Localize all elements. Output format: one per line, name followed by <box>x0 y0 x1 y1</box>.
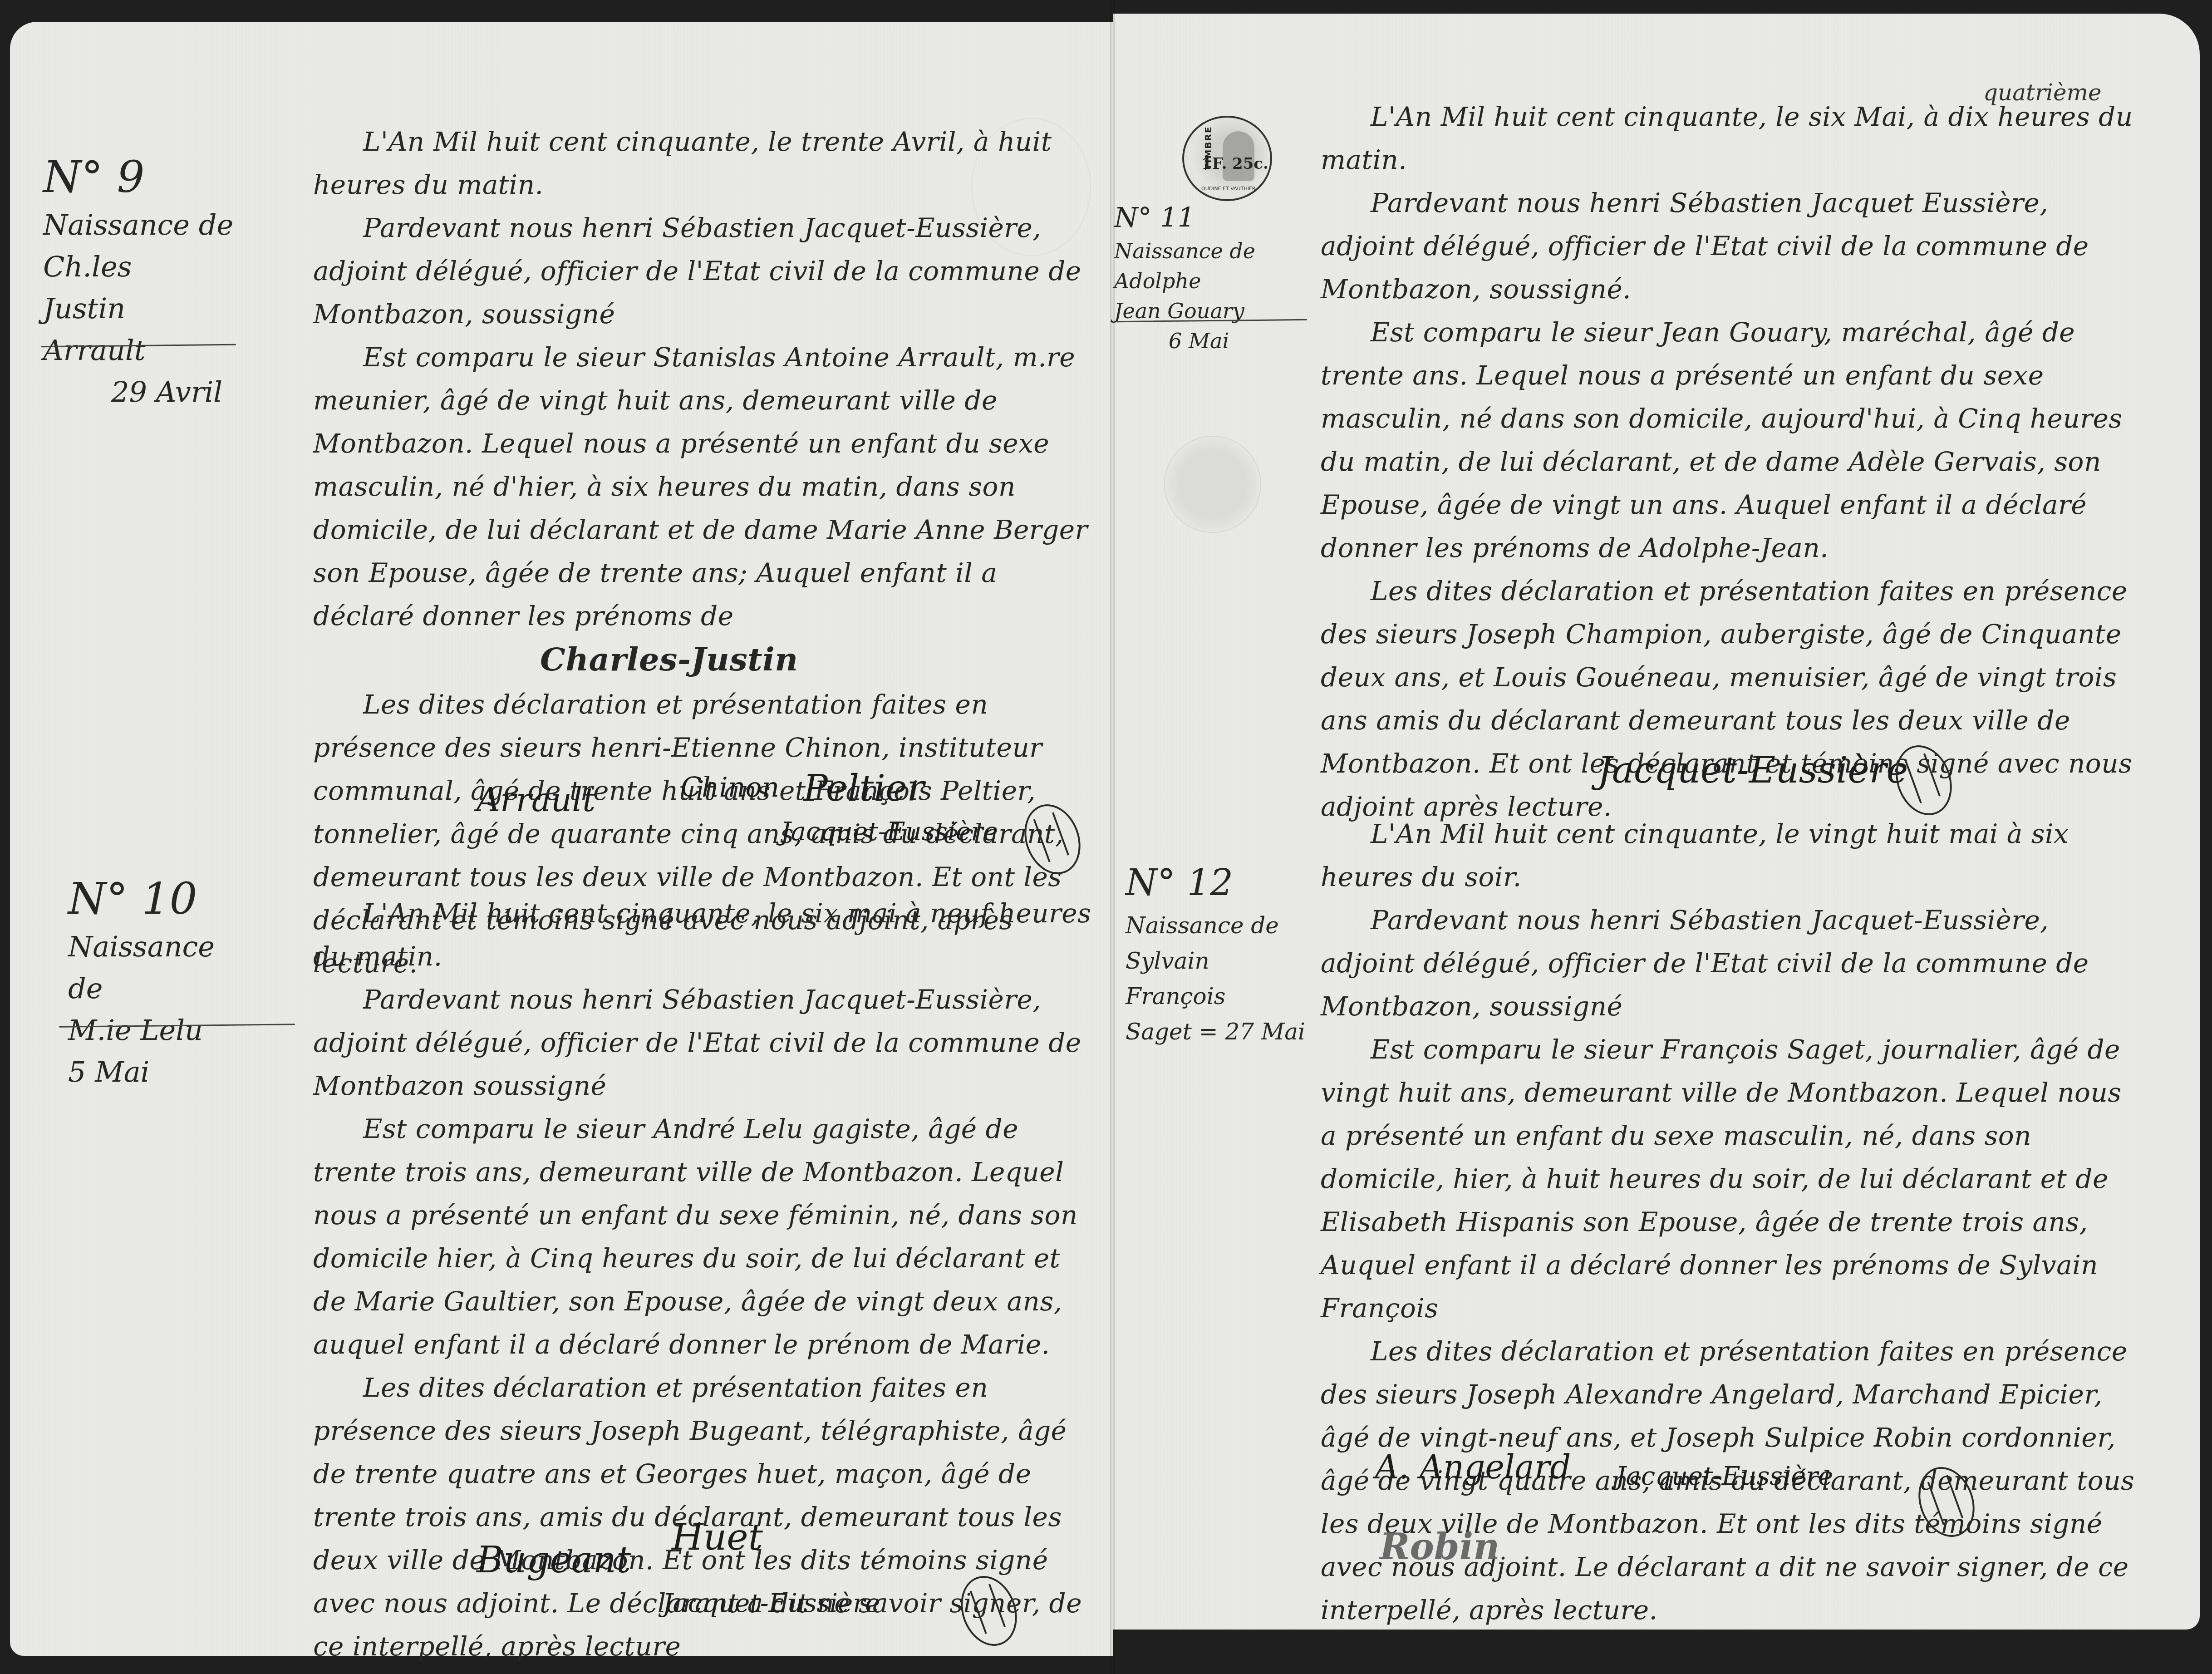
margin-note-act-10: N° 10 Naissance de M.ie Lelu 5 Mai <box>68 871 250 1093</box>
act-paragraph: L'An Mil huit cent cinquante, le vingt h… <box>1321 812 2138 899</box>
signature-peltier: Peltier <box>803 767 924 809</box>
act-paragraph: Est comparu le sieur André Lelu gagiste,… <box>313 1108 1094 1366</box>
given-names: Charles-Justin <box>540 640 798 678</box>
signature-bugeant: Bugeant <box>477 1539 631 1581</box>
act-paragraph: Est comparu le sieur François Saget, jou… <box>1321 1028 2138 1330</box>
signature-arrault: Arrault <box>477 781 595 819</box>
margin-note-act-9: N° 9 Naissance de Ch.les Justin Arrault … <box>43 150 234 413</box>
act-paragraph: Pardevant nous henri Sébastien Jacquet-E… <box>1321 899 2138 1028</box>
signature-angelard: A. Angelard <box>1375 1448 1571 1486</box>
margin-note-act-11: N° 11 Naissance de Adolphe Jean Gouary 6… <box>1114 200 1314 356</box>
act-paragraph: L'An Mil huit cent cinquante, le trente … <box>313 120 1094 207</box>
embossed-seal <box>1164 436 1261 533</box>
margin-note-act-12: N° 12 Naissance de Sylvain François Sage… <box>1126 858 1316 1049</box>
act-9-body: L'An Mil huit cent cinquante, le trente … <box>313 120 1094 985</box>
act-paragraph: Est comparu le sieur Jean Gouary, maréch… <box>1321 311 2138 570</box>
act-12-body: L'An Mil huit cent cinquante, le vingt h… <box>1321 812 2138 1632</box>
act-11-body: L'An Mil huit cent cinquante, le six Mai… <box>1321 95 2138 828</box>
act-paragraph: Pardevant nous henri Sébastien Jacquet E… <box>1321 182 2138 311</box>
act-number: N° 11 <box>1114 200 1314 236</box>
act-paragraph: Pardevant nous henri Sébastien Jacquet-E… <box>313 978 1094 1108</box>
signature-officer: Jacquet-Eussière <box>781 817 998 847</box>
signature-chinon: Chinon <box>681 772 779 803</box>
signature-huet: Huet <box>672 1516 763 1558</box>
act-paragraph: L'An Mil huit cent cinquante, le six Mai… <box>1321 95 2138 182</box>
signature-officer: Jacquet-Eussière <box>663 1589 880 1618</box>
fiscal-stamp: TIMBRE 1F. 25c. OUDINE ET VAUTHIER <box>1182 116 1272 201</box>
act-number: N° 12 <box>1126 858 1316 908</box>
act-paragraph: Est comparu le sieur Stanislas Antoine A… <box>313 336 1094 638</box>
act-number: N° 9 <box>43 150 234 204</box>
signature-officer: Jacquet-Eussière <box>1598 749 1908 791</box>
act-paragraph: L'An Mil huit cent cinquante, le six mai… <box>313 892 1094 978</box>
signature-robin: Robin <box>1380 1525 1499 1568</box>
act-paragraph: Pardevant nous henri Sébastien Jacquet-E… <box>313 207 1094 336</box>
signature-officer: Jacquet-Eussière <box>1616 1462 1833 1491</box>
act-number: N° 10 <box>68 871 250 926</box>
